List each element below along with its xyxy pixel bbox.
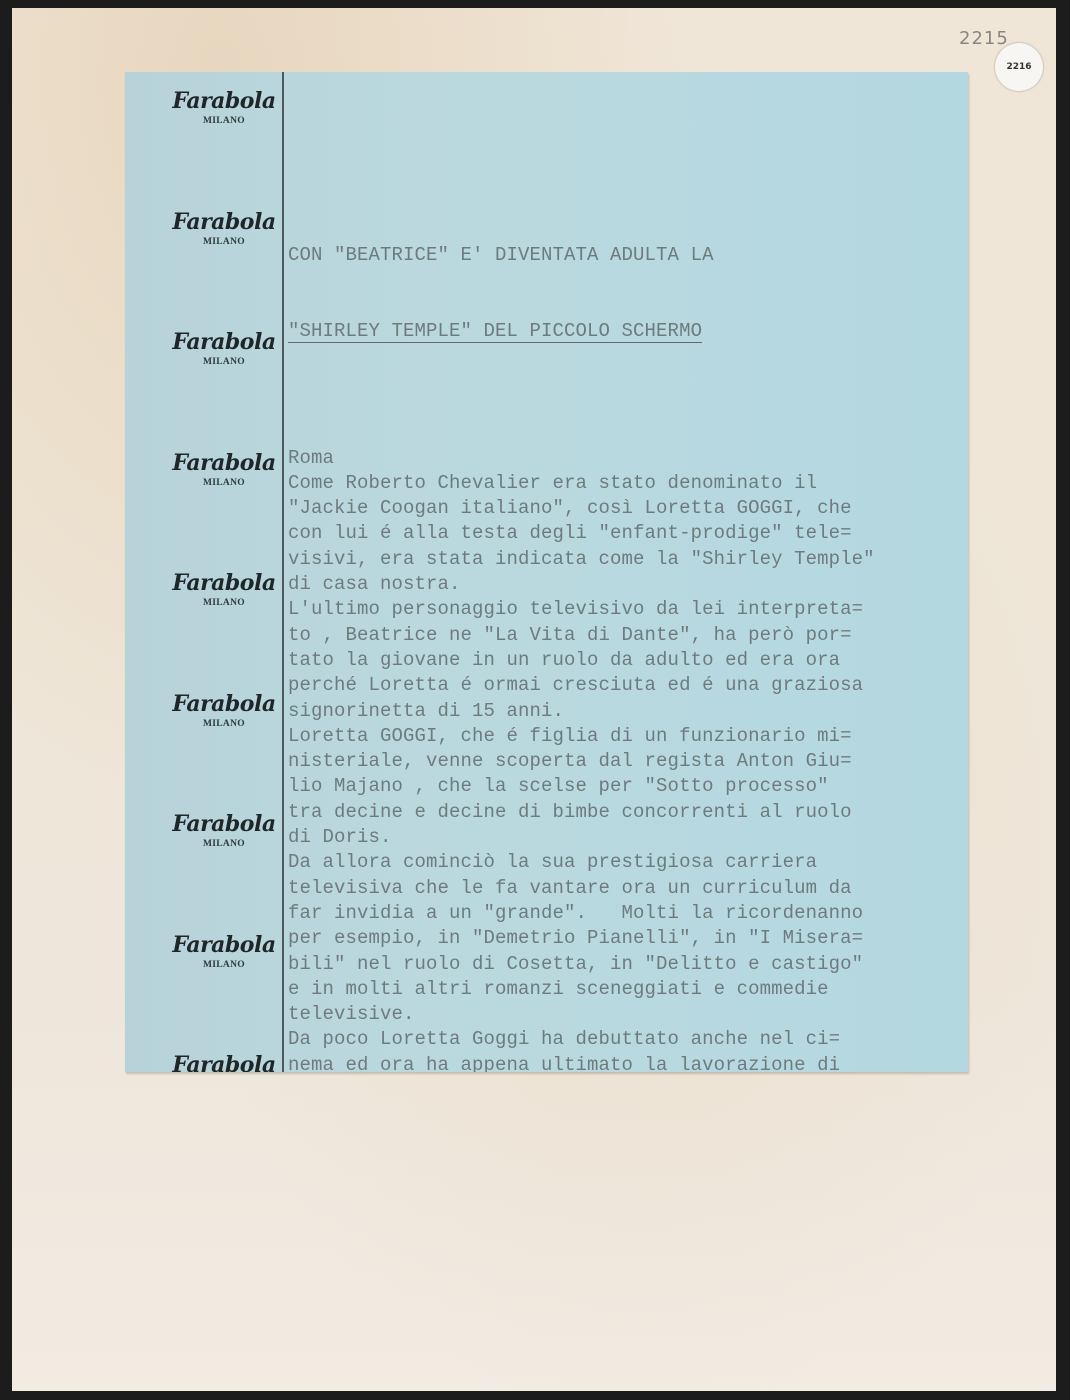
farabola-letterhead-logo: FarabolaMILANO [165,209,283,247]
logo-city: MILANO [165,598,283,608]
body-line: per esempio, in "Demetrio Pianelli", in … [288,926,968,951]
body-line: bili" nel ruolo di Cosetta, in "Delitto … [288,952,968,977]
farabola-letterhead-logo: FarabolaMILANO [165,450,283,488]
margin-divider [282,72,284,1072]
farabola-letterhead-logo: FarabolaMILANO [165,329,283,367]
body-line: Da poco Loretta Goggi ha debuttato anche… [288,1027,968,1052]
headline-line-1: CON "BEATRICE" E' DIVENTATA ADULTA LA [288,243,968,268]
logo-brand: Farabola [165,209,283,235]
article-body: RomaCome Roberto Chevalier era stato den… [288,446,968,1072]
headline-line-2-text: "SHIRLEY TEMPLE" DEL PICCOLO SCHERMO [288,320,702,343]
logo-city: MILANO [165,116,283,126]
logo-brand: Farabola [165,691,283,717]
farabola-letterhead-logo: Farabola [165,1052,283,1072]
logo-city: MILANO [165,960,283,970]
farabola-letterhead-logo: FarabolaMILANO [165,811,283,849]
inventory-sticker: 2216 [995,43,1043,91]
logo-brand: Farabola [165,450,283,476]
farabola-letterhead-logo: FarabolaMILANO [165,88,283,126]
body-line: Come Roberto Chevalier era stato denomin… [288,471,968,496]
body-line: "Jackie Coogan italiano", così Loretta G… [288,496,968,521]
farabola-letterhead-logo: FarabolaMILANO [165,570,283,608]
logo-brand: Farabola [165,1052,283,1072]
handwritten-archive-number: 2215 [959,28,1009,49]
body-line: di casa nostra. [288,572,968,597]
body-line: perché Loretta é ormai cresciuta ed é un… [288,673,968,698]
logo-brand: Farabola [165,88,283,114]
logo-city: MILANO [165,237,283,247]
body-line: televisiva che le fa vantare ora un curr… [288,876,968,901]
sticker-label: 2216 [1006,62,1031,72]
logo-brand: Farabola [165,932,283,958]
body-line: tato la giovane in un ruolo da adulto ed… [288,648,968,673]
farabola-letterhead-logo: FarabolaMILANO [165,691,283,729]
body-line: far invidia a un "grande". Molti la rico… [288,901,968,926]
body-line: tra decine e decine di bimbe concorrenti… [288,800,968,825]
logo-brand: Farabola [165,329,283,355]
body-line: Loretta GOGGI, che é figlia di un funzio… [288,724,968,749]
body-line: L'ultimo personaggio televisivo da lei i… [288,597,968,622]
body-line: nema ed ora ha appena ultimato la lavora… [288,1053,968,1072]
body-line: visivi, era stata indicata come la "Shir… [288,547,968,572]
logo-city: MILANO [165,719,283,729]
body-line: nisteriale, venne scoperta dal regista A… [288,749,968,774]
typewritten-text: CON "BEATRICE" E' DIVENTATA ADULTA LA "S… [288,142,968,1072]
logo-brand: Farabola [165,811,283,837]
body-line: e in molti altri romanzi sceneggiati e c… [288,977,968,1002]
body-line: signorinetta di 15 anni. [288,699,968,724]
logo-city: MILANO [165,839,283,849]
headline-line-2: "SHIRLEY TEMPLE" DEL PICCOLO SCHERMO [288,319,968,344]
body-line: to , Beatrice ne "La Vita di Dante", ha … [288,623,968,648]
logo-brand: Farabola [165,570,283,596]
body-line: di Doris. [288,825,968,850]
body-line: Da allora cominciò la sua prestigiosa ca… [288,850,968,875]
headline: CON "BEATRICE" E' DIVENTATA ADULTA LA "S… [288,193,968,395]
farabola-letterhead-logo: FarabolaMILANO [165,932,283,970]
body-line: televisive. [288,1002,968,1027]
body-line: lio Majano , che la scelse per "Sotto pr… [288,774,968,799]
logo-city: MILANO [165,478,283,488]
logo-city: MILANO [165,357,283,367]
body-line: Roma [288,446,968,471]
body-line: con lui é alla testa degli "enfant-prodi… [288,521,968,546]
caption-sheet: FarabolaMILANOFarabolaMILANOFarabolaMILA… [125,72,968,1072]
